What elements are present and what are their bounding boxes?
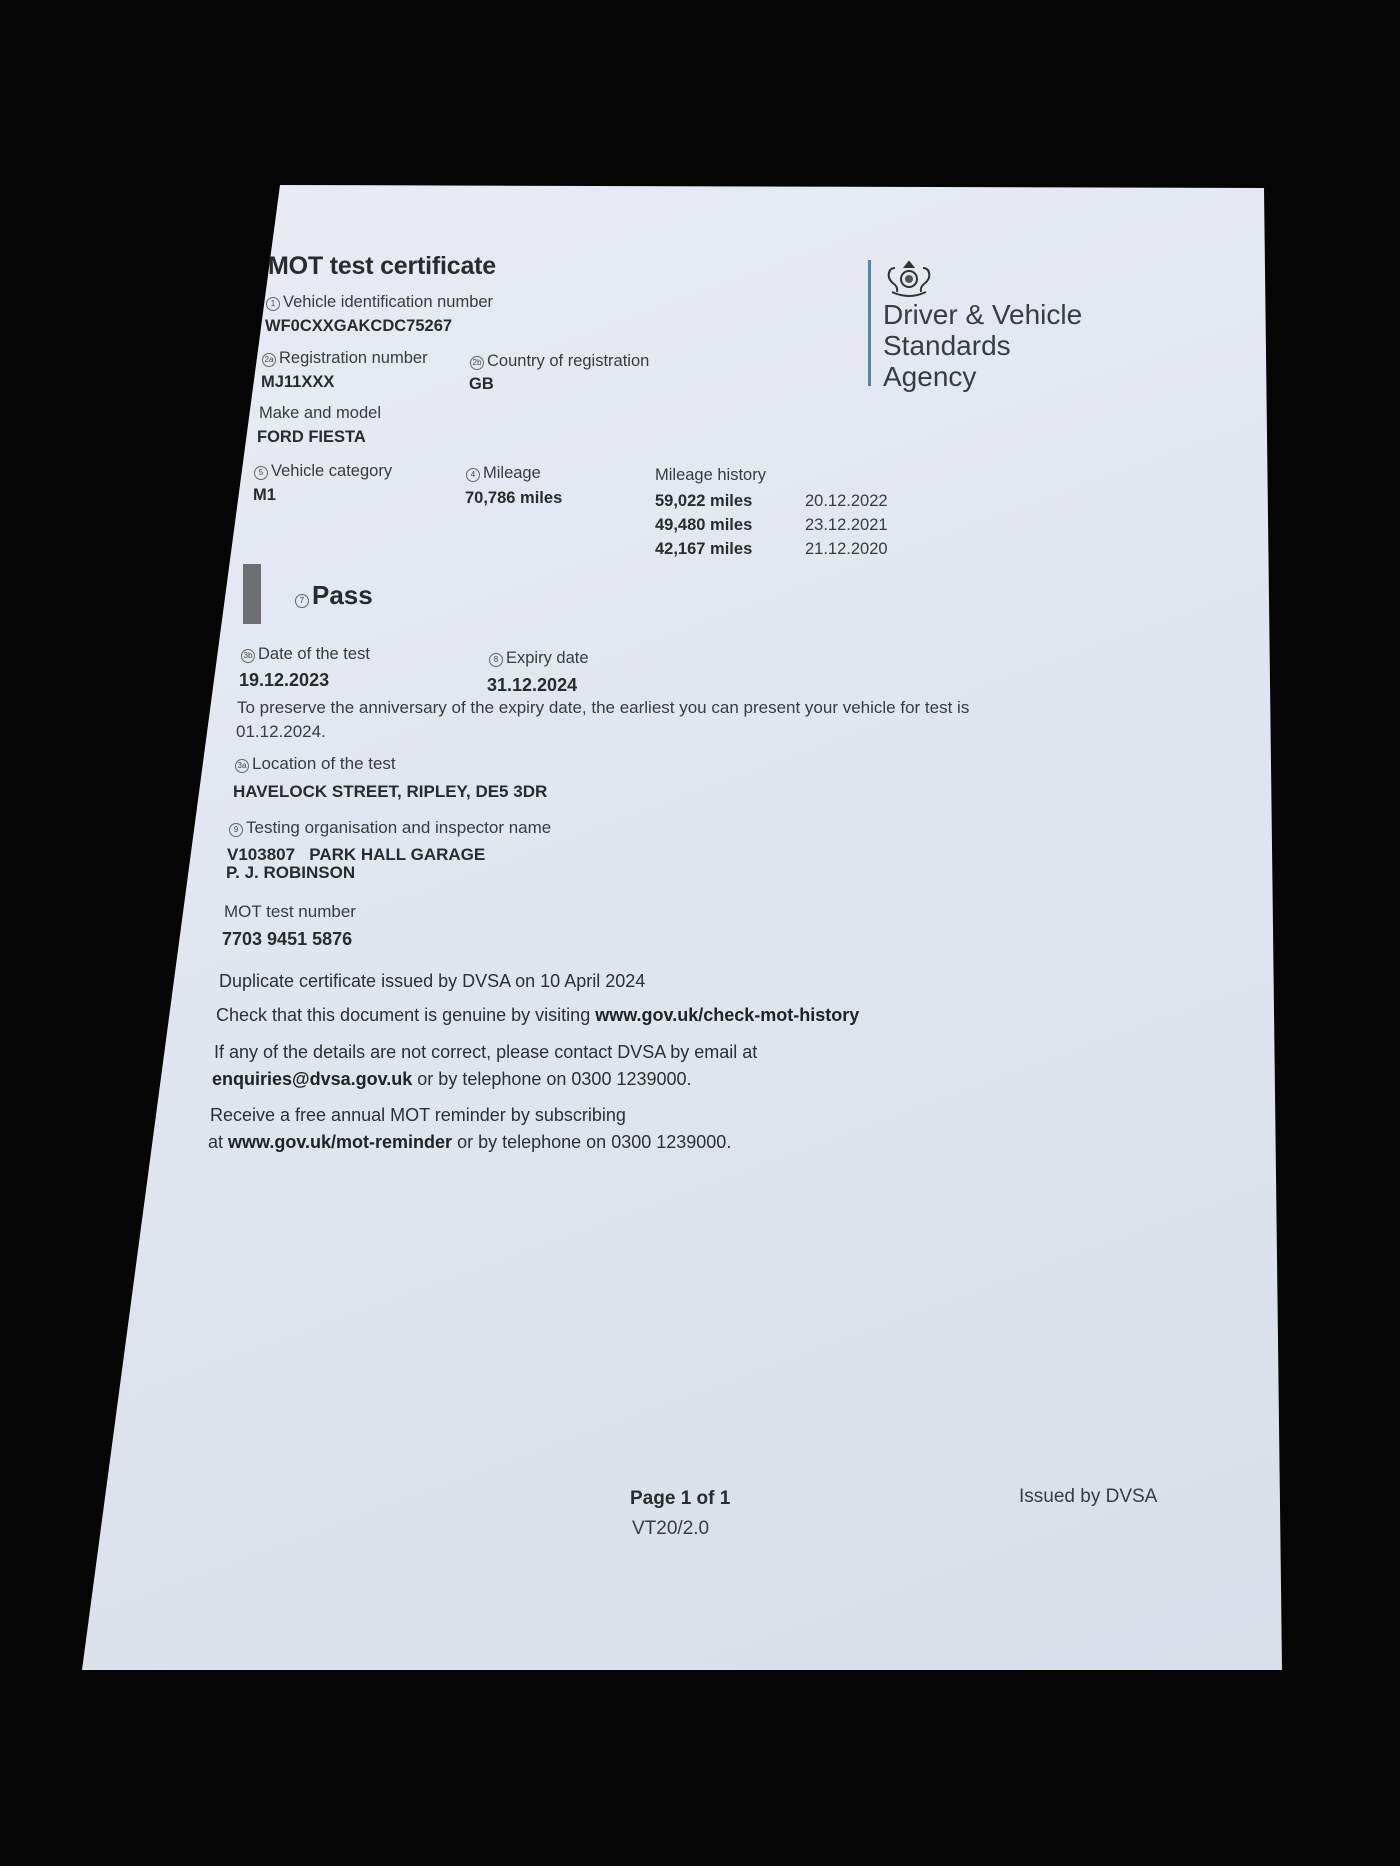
royal-crest-icon <box>882 258 936 298</box>
anniversary-note: To preserve the anniversary of the expir… <box>237 698 969 718</box>
anniversary-date: 01.12.2024. <box>236 722 326 742</box>
issued-by: Issued by DVSA <box>1019 1486 1157 1508</box>
marker-icon: 4 <box>466 468 480 482</box>
mileage-history-label: Mileage history <box>655 466 766 485</box>
agency-name-line1: Driver & Vehicle <box>883 299 1082 330</box>
check-link[interactable]: www.gov.uk/check-mot-history <box>595 1005 859 1025</box>
expiry-date-value: 31.12.2024 <box>487 675 577 696</box>
marker-icon: 7 <box>295 594 309 608</box>
test-number-label: MOT test number <box>224 902 356 922</box>
reminder-note: Receive a free annual MOT reminder by su… <box>210 1105 626 1126</box>
marker-icon: 9 <box>229 823 243 837</box>
contact-note: If any of the details are not correct, p… <box>214 1042 757 1063</box>
category-label: 5Vehicle category <box>254 462 392 481</box>
marker-icon: 3b <box>241 649 255 663</box>
photo-background: MOT test certificate 1Vehicle identifica… <box>0 0 1400 1866</box>
category-value: M1 <box>253 486 276 505</box>
country-value: GB <box>469 375 494 394</box>
reminder-link[interactable]: www.gov.uk/mot-reminder <box>228 1132 452 1152</box>
test-date-label: 3bDate of the test <box>241 645 370 664</box>
agency-logo-bar <box>868 260 871 386</box>
history-date: 20.12.2022 <box>805 492 888 511</box>
certificate-title: MOT test certificate <box>268 252 496 281</box>
vin-label: 1Vehicle identification number <box>266 293 493 312</box>
marker-icon: 5 <box>254 466 268 480</box>
test-date-value: 19.12.2023 <box>239 670 329 691</box>
mileage-value: 70,786 miles <box>465 489 562 508</box>
marker-icon: 3a <box>235 759 249 773</box>
registration-value: MJ11XXX <box>261 373 334 392</box>
reminder-details: at www.gov.uk/mot-reminder or by telepho… <box>208 1132 731 1153</box>
marker-icon: 2a <box>262 353 276 367</box>
inspector-name: P. J. ROBINSON <box>226 863 355 883</box>
mileage-label: 4Mileage <box>466 464 541 483</box>
organisation-label: 9Testing organisation and inspector name <box>229 818 551 838</box>
test-result: 7Pass <box>295 580 373 611</box>
duplicate-note: Duplicate certificate issued by DVSA on … <box>219 971 645 992</box>
organisation-value: V103807 PARK HALL GARAGE <box>227 845 485 865</box>
vin-value: WF0CXXGAKCDC75267 <box>265 317 452 336</box>
check-note: Check that this document is genuine by v… <box>216 1005 859 1026</box>
marker-icon: 8 <box>489 653 503 667</box>
result-bar <box>243 564 261 624</box>
marker-icon: 2b <box>470 356 484 370</box>
history-date: 23.12.2021 <box>805 516 888 535</box>
expiry-date-label: 8Expiry date <box>489 649 589 668</box>
location-value: HAVELOCK STREET, RIPLEY, DE5 3DR <box>233 782 547 802</box>
registration-label: 2aRegistration number <box>262 349 428 368</box>
history-miles: 49,480 miles <box>655 516 752 535</box>
contact-email-link[interactable]: enquiries@dvsa.gov.uk <box>212 1069 412 1089</box>
make-model-label: Make and model <box>259 404 381 423</box>
history-date: 21.12.2020 <box>805 540 888 559</box>
page-number: Page 1 of 1 <box>630 1488 730 1510</box>
agency-name-line2: Standards <box>883 330 1011 361</box>
history-miles: 59,022 miles <box>655 492 752 511</box>
history-miles: 42,167 miles <box>655 540 752 559</box>
make-model-value: FORD FIESTA <box>257 428 366 447</box>
country-label: 2bCountry of registration <box>470 352 649 371</box>
location-label: 3aLocation of the test <box>235 754 396 774</box>
agency-name-line3: Agency <box>883 361 976 392</box>
marker-icon: 1 <box>266 297 280 311</box>
contact-details: enquiries@dvsa.gov.uk or by telephone on… <box>212 1069 692 1090</box>
form-code: VT20/2.0 <box>632 1518 709 1540</box>
test-number-value: 7703 9451 5876 <box>222 929 352 950</box>
